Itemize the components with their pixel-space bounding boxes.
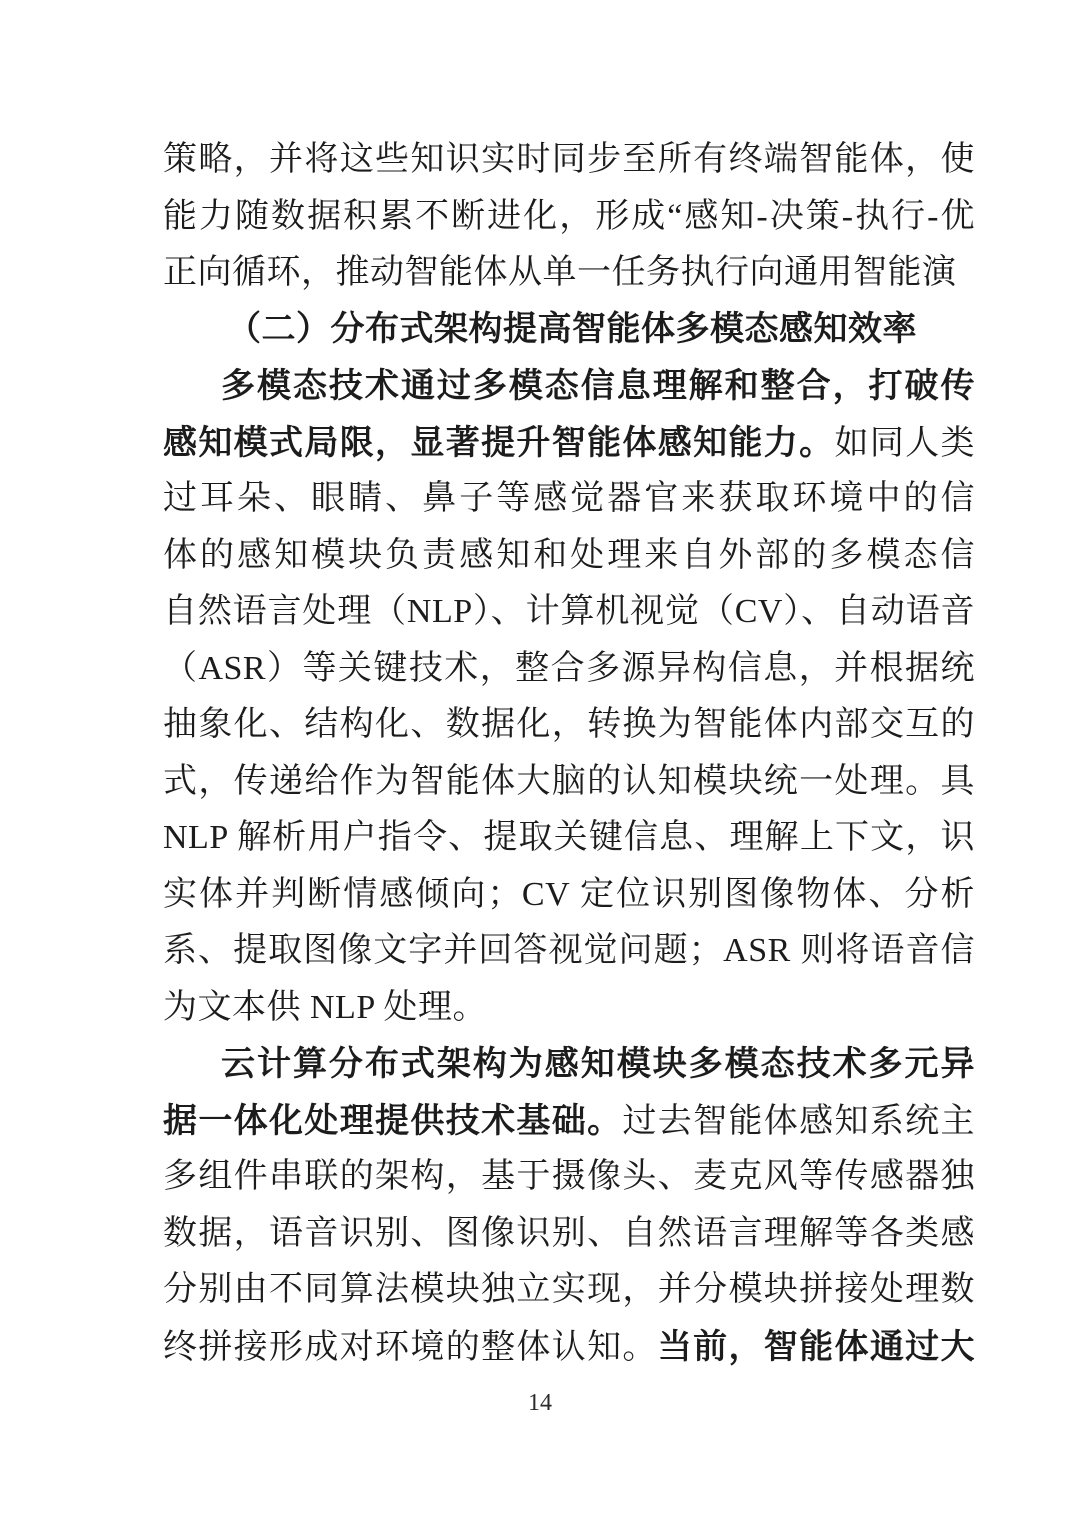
document-page: 策略，并将这些知识实时同步至所有终端智能体，使其服务能力随数据积累不断进化，形成… — [0, 0, 1080, 1527]
text-line: 自然语言处理（NLP）、计算机视觉（CV）、自动语音识别 — [163, 584, 975, 641]
text-run: 体的感知模块负责感知和处理来自外部的多模态信息，通过 — [163, 537, 975, 585]
text-line: 数据，语音识别、图像识别、自然语言理解等各类感知任务 — [163, 1206, 975, 1263]
text-run: 据一体化处理提供技术基础。 — [163, 1102, 622, 1140]
document-body: 策略，并将这些知识实时同步至所有终端智能体，使其服务能力随数据积累不断进化，形成… — [163, 132, 975, 1375]
text-line: 式，传递给作为智能体大脑的认知模块统一处理。具体而言， — [163, 754, 975, 811]
text-line: 多模态技术通过多模态信息理解和整合，打破传统单一 — [163, 358, 975, 415]
text-line: 能力随数据积累不断进化，形成“感知-决策-执行-优化”的 — [163, 189, 975, 246]
text-run: 数据，语音识别、图像识别、自然语言理解等各类感知任务 — [163, 1215, 975, 1263]
text-line: 云计算分布式架构为感知模块多模态技术多元异构数 — [163, 1036, 975, 1093]
text-line: （ASR）等关键技术，整合多源异构信息，并根据统一规范 — [163, 641, 975, 698]
text-run: NLP 解析用户指令、提取关键信息、理解上下文，识别关键 — [163, 819, 975, 867]
text-run: 系、提取图像文字并回答视觉问题；ASR 则将语音信号转化 — [163, 932, 975, 980]
text-run: 分别由不同算法模块独立实现，并分模块拼接处理数据，最 — [163, 1271, 975, 1319]
text-line: 正向循环，推动智能体从单一任务执行向通用智能演进。 — [163, 245, 975, 302]
text-run: 为文本供 NLP 处理。 — [163, 989, 487, 1026]
text-run: 能力随数据积累不断进化，形成“感知-决策-执行-优化”的 — [163, 198, 975, 246]
text-line: 终拼接形成对环境的整体认知。当前，智能体通过大模型统 — [163, 1319, 975, 1376]
text-run: 多模态技术通过多模态信息理解和整合，打破传统单一 — [163, 367, 975, 415]
text-run: 终拼接形成对环境的整体认知。 — [163, 1329, 658, 1366]
text-line: NLP 解析用户指令、提取关键信息、理解上下文，识别关键 — [163, 810, 975, 867]
text-run: （二）分布式架构提高智能体多模态感知效率 — [227, 311, 917, 348]
text-line: 策略，并将这些知识实时同步至所有终端智能体，使其服务 — [163, 132, 975, 189]
text-line: 为文本供 NLP 处理。 — [163, 980, 975, 1037]
text-run: 感知模式局限，显著提升智能体感知能力。 — [163, 424, 834, 462]
text-line: 据一体化处理提供技术基础。过去智能体感知系统主要采用 — [163, 1093, 975, 1150]
text-run: 策略，并将这些知识实时同步至所有终端智能体，使其服务 — [163, 141, 975, 189]
text-run: 式，传递给作为智能体大脑的认知模块统一处理。具体而言， — [163, 763, 975, 811]
text-run: 云计算分布式架构为感知模块多模态技术多元异构数 — [163, 1045, 975, 1093]
text-line: 多组件串联的架构，基于摄像头、麦克风等传感器独立采集 — [163, 1149, 975, 1206]
page-number: 14 — [0, 1390, 1080, 1417]
text-line: 抽象化、结构化、数据化，转换为智能体内部交互的数据格 — [163, 697, 975, 754]
text-run: 过耳朵、眼睛、鼻子等感觉器官来获取环境中的信息，智能 — [163, 480, 975, 528]
text-run: 正向循环，推动智能体从单一任务执行向通用智能演进。 — [163, 254, 957, 302]
text-line: 感知模式局限，显著提升智能体感知能力。如同人类需要通 — [163, 415, 975, 472]
text-run: 多组件串联的架构，基于摄像头、麦克风等传感器独立采集 — [163, 1158, 975, 1206]
text-line: 过耳朵、眼睛、鼻子等感觉器官来获取环境中的信息，智能 — [163, 471, 975, 528]
text-run: 实体并判断情感倾向；CV 定位识别图像物体、分析场景关 — [163, 876, 975, 924]
text-line: 实体并判断情感倾向；CV 定位识别图像物体、分析场景关 — [163, 867, 975, 924]
text-line: 分别由不同算法模块独立实现，并分模块拼接处理数据，最 — [163, 1262, 975, 1319]
text-run: 抽象化、结构化、数据化，转换为智能体内部交互的数据格 — [163, 706, 975, 754]
text-line: 系、提取图像文字并回答视觉问题；ASR 则将语音信号转化 — [163, 923, 975, 980]
section-heading: （二）分布式架构提高智能体多模态感知效率 — [163, 302, 975, 359]
text-line: 体的感知模块负责感知和处理来自外部的多模态信息，通过 — [163, 528, 975, 585]
text-run: 自然语言处理（NLP）、计算机视觉（CV）、自动语音识别 — [163, 593, 975, 641]
text-run: （ASR）等关键技术，整合多源异构信息，并根据统一规范 — [163, 650, 975, 698]
